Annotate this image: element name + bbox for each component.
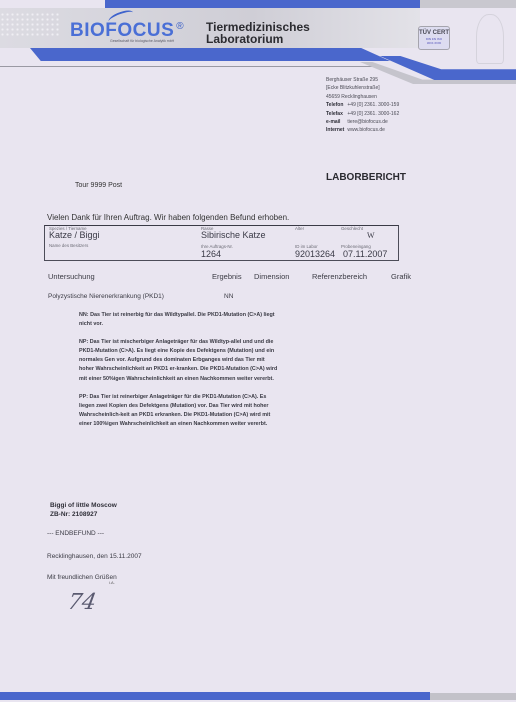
end-marker: --- ENDBEFUND --- bbox=[47, 530, 104, 537]
place-date: Recklinghausen, den 15.11.2007 bbox=[47, 553, 142, 560]
explanation-nn: NN: Das Tier ist reinerbig für das Wildt… bbox=[79, 311, 279, 329]
tuv-cert-badge-icon: TÜV CERT DIN EN ISO 9001:2000 bbox=[418, 26, 450, 50]
address-corner: [Ecke Blitzkuhlenstraße] bbox=[326, 84, 399, 92]
address-web: Internet www.biofocus.de bbox=[326, 126, 399, 134]
header-divider bbox=[0, 66, 380, 67]
email-value: tiere@biofocus.de bbox=[347, 119, 387, 125]
address-email: e-mail tiere@biofocus.de bbox=[326, 118, 399, 126]
tuv-badge-label: TÜV CERT bbox=[419, 29, 449, 37]
order-number-value: 1264 bbox=[201, 249, 221, 259]
column-header-dimension: Dimension bbox=[254, 272, 289, 281]
footer-band-blue bbox=[0, 692, 430, 700]
species-value: Katze / Biggi bbox=[49, 230, 100, 240]
phone-value: +49 [0] 2361. 3000-159 bbox=[347, 102, 399, 108]
logo-text: BIOFOCUS bbox=[70, 20, 174, 41]
lab-id-value: 92013264 bbox=[295, 249, 335, 259]
greeting: Mit freundlichen Grüßen bbox=[47, 574, 117, 581]
table-row-test: Polyzystische Nierenerkrankung (PKD1) bbox=[48, 293, 164, 300]
column-header-test: Untersuchung bbox=[48, 272, 95, 281]
header-band-top bbox=[105, 0, 420, 8]
web-label: Internet bbox=[326, 126, 346, 134]
explanation-np: NP: Das Tier ist mischerbiger Anlageträg… bbox=[79, 338, 279, 383]
logo-subtitle: Gesellschaft für biologische Analytik mb… bbox=[110, 39, 180, 43]
table-row-result: NN bbox=[224, 293, 233, 300]
address-block: Berghäuser Straße 295 [Ecke Blitzkuhlens… bbox=[326, 76, 399, 135]
fax-label: Telefax bbox=[326, 110, 346, 118]
handwritten-signature: 74 bbox=[66, 590, 98, 615]
address-phone: Telefon +49 [0] 2361. 3000-159 bbox=[326, 101, 399, 109]
breed-value: Sibirische Katze bbox=[201, 230, 266, 240]
animal-registry: ZB-Nr: 2108927 bbox=[50, 511, 97, 518]
address-fax: Telefax +49 [0] 2361. 3000-162 bbox=[326, 110, 399, 118]
footer-band-grey bbox=[430, 693, 516, 700]
column-header-result: Ergebnis bbox=[212, 272, 242, 281]
owner-label: Name des Besitzers bbox=[49, 243, 88, 248]
fax-value: +49 [0] 2361. 3000-162 bbox=[347, 111, 399, 117]
received-value: 07.11.2007 bbox=[343, 249, 387, 259]
web-value: www.biofocus.de bbox=[347, 127, 385, 133]
report-title: LABORBERICHT bbox=[326, 172, 406, 183]
column-header-reference: Referenzbereich bbox=[312, 272, 367, 281]
age-label: Alter bbox=[295, 226, 304, 231]
header-dot-pattern bbox=[0, 12, 60, 36]
column-header-graphic: Grafik bbox=[391, 272, 411, 281]
animal-name: Biggi of little Moscow bbox=[50, 502, 117, 509]
header-band-grey-right bbox=[420, 0, 516, 8]
statue-emblem-icon bbox=[476, 14, 504, 64]
sex-value: W bbox=[367, 231, 375, 240]
registered-mark: ® bbox=[176, 21, 184, 32]
patient-info-box: Spezies / Tiername Katze / Biggi Name de… bbox=[44, 225, 399, 261]
sex-label: Geschlecht bbox=[341, 226, 363, 231]
lab-title-line2: Laboratorium bbox=[206, 33, 310, 45]
email-label: e-mail bbox=[326, 118, 346, 126]
tour-line: Tour 9999 Post bbox=[75, 182, 122, 189]
explanation-block: NN: Das Tier ist reinerbig für das Wildt… bbox=[79, 311, 279, 438]
address-city: 45659 Recklinghausen bbox=[326, 93, 399, 101]
header-band-blue bbox=[30, 48, 390, 61]
thanks-line: Vielen Dank für Ihren Auftrag. Wir haben… bbox=[47, 213, 289, 222]
explanation-pp: PP: Das Tier ist reinerbiger Anlageträge… bbox=[79, 393, 279, 429]
address-street: Berghäuser Straße 295 bbox=[326, 76, 399, 84]
phone-label: Telefon bbox=[326, 101, 346, 109]
lab-title: Tiermedizinisches Laboratorium bbox=[206, 21, 310, 45]
tuv-badge-sub: DIN EN ISO 9001:2000 bbox=[419, 37, 449, 45]
signature-note: i.A. bbox=[109, 580, 115, 585]
